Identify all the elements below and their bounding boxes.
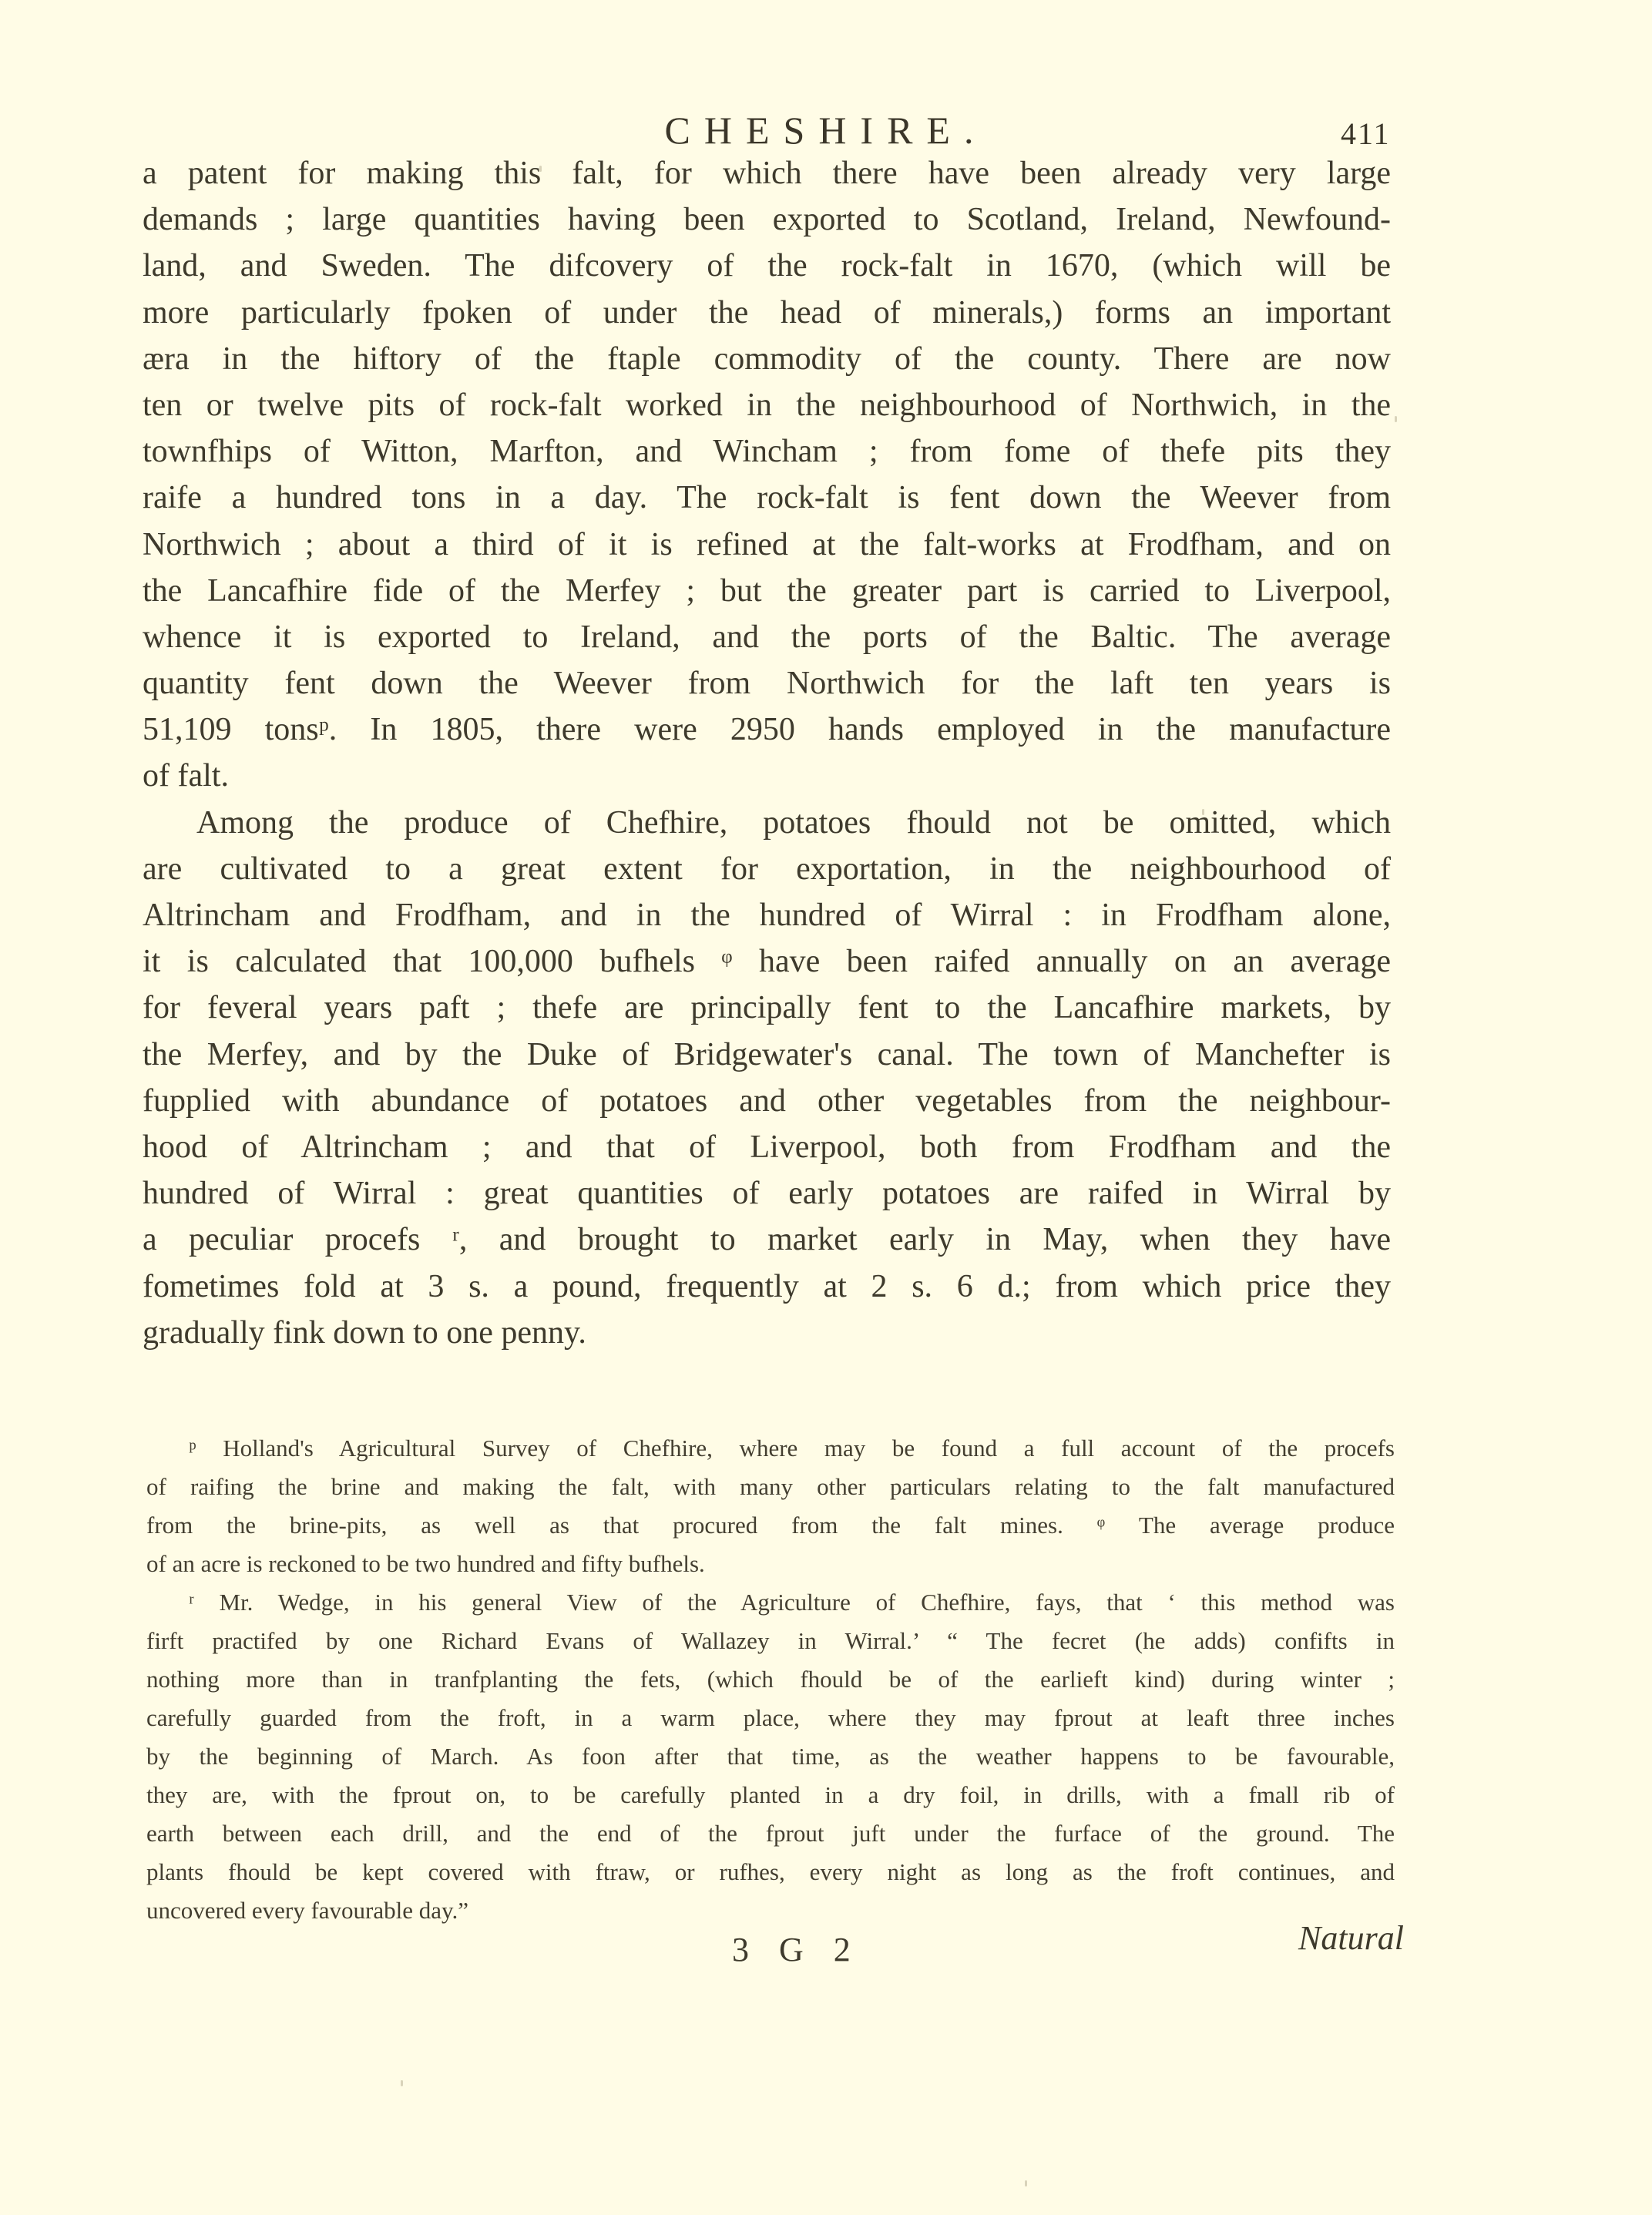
text-line: quantity fent down the Weever from North… (143, 660, 1391, 706)
text-line: are cultivated to a great extent for exp… (143, 846, 1391, 892)
footnote-line: plants fhould be kept covered with ftraw… (146, 1853, 1395, 1891)
paper-speck (401, 2080, 403, 2086)
text-line: fupplied with abundance of potatoes and … (143, 1078, 1391, 1124)
paper-speck (1395, 416, 1397, 422)
paper-speck (1025, 2180, 1027, 2186)
text-line: hundred of Wirral : great quantities of … (143, 1170, 1391, 1217)
text-line: 51,109 tonsᵖ. In 1805, there were 2950 h… (143, 706, 1391, 753)
paragraph-2: Among the produce of Chefhire, potatoes … (143, 800, 1391, 1356)
text-line: raife a hundred tons in a day. The rock-… (143, 475, 1391, 521)
text-line: townfhips of Witton, Marfton, and Wincha… (143, 428, 1391, 475)
text-line: fometimes fold at 3 s. a pound, frequent… (143, 1264, 1391, 1310)
footnote-line: from the brine-pits, as well as that pro… (146, 1506, 1395, 1545)
text-line: more particularly fpoken of under the he… (143, 290, 1391, 336)
paper-speck (539, 166, 542, 172)
text-line: a peculiar procefs ʳ, and brought to mar… (143, 1217, 1391, 1263)
text-line: for feveral years paft ; thefe are princ… (143, 985, 1391, 1031)
book-page: CHESHIRE. 411 a patent for making this f… (0, 0, 1652, 2215)
paragraph-1: a patent for making this falt, for which… (143, 150, 1391, 800)
text-line: Among the produce of Chefhire, potatoes … (143, 800, 1391, 846)
text-line: ten or twelve pits of rock-falt worked i… (143, 382, 1391, 428)
text-line: it is calculated that 100,000 bufhels ᵠ … (143, 938, 1391, 985)
footnote-line: carefully guarded from the froft, in a w… (146, 1699, 1395, 1737)
footnote-line: by the beginning of March. As foon after… (146, 1737, 1395, 1776)
text-line: of falt. (143, 753, 1391, 799)
signature-mark: 3 G 2 (732, 1930, 861, 1969)
text-line: Altrincham and Frodfham, and in the hund… (143, 892, 1391, 938)
footnote-line: of raifing the brine and making the falt… (146, 1468, 1395, 1506)
footnote-line: uncovered every favourable day.” (146, 1891, 1395, 1930)
catchword: Natural (1298, 1918, 1404, 1958)
footnote-line: of an acre is reckoned to be two hundred… (146, 1545, 1395, 1583)
footnote-line: earth between each drill, and the end of… (146, 1814, 1395, 1853)
footnote-line: firft practifed by one Richard Evans of … (146, 1622, 1395, 1660)
footnote-r: ʳ Mr. Wedge, in his general View of the … (189, 1583, 1395, 1930)
footnote-line: ʳ Mr. Wedge, in his general View of the … (189, 1583, 1395, 1622)
text-line: hood of Altrincham ; and that of Liverpo… (143, 1124, 1391, 1170)
body-text: a patent for making this falt, for which… (143, 150, 1391, 1356)
text-line: æra in the hiftory of the ftaple commodi… (143, 336, 1391, 382)
text-line: demands ; large quantities having been e… (143, 196, 1391, 243)
footnote-line: nothing more than in tranfplanting the f… (146, 1660, 1395, 1699)
text-line: the Lancafhire fide of the Merfey ; but … (143, 568, 1391, 614)
footnote-line: they are, with the fprout on, to be care… (146, 1776, 1395, 1814)
paper-speck (1202, 809, 1204, 815)
text-line: whence it is exported to Ireland, and th… (143, 614, 1391, 660)
footnote-p-q: ᵖ Holland's Agricultural Survey of Chefh… (189, 1429, 1395, 1583)
running-head: CHESHIRE. (0, 108, 1652, 153)
text-line: the Merfey, and by the Duke of Bridgewat… (143, 1032, 1391, 1078)
footnote-line: ᵖ Holland's Agricultural Survey of Chefh… (189, 1429, 1395, 1468)
text-line: Northwich ; about a third of it is refin… (143, 522, 1391, 568)
text-line: a patent for making this falt, for which… (143, 150, 1391, 196)
page-number: 411 (1341, 116, 1391, 152)
text-line: land, and Sweden. The difcovery of the r… (143, 243, 1391, 289)
text-line: gradually fink down to one penny. (143, 1310, 1391, 1356)
footnotes: ᵖ Holland's Agricultural Survey of Chefh… (189, 1429, 1395, 1930)
